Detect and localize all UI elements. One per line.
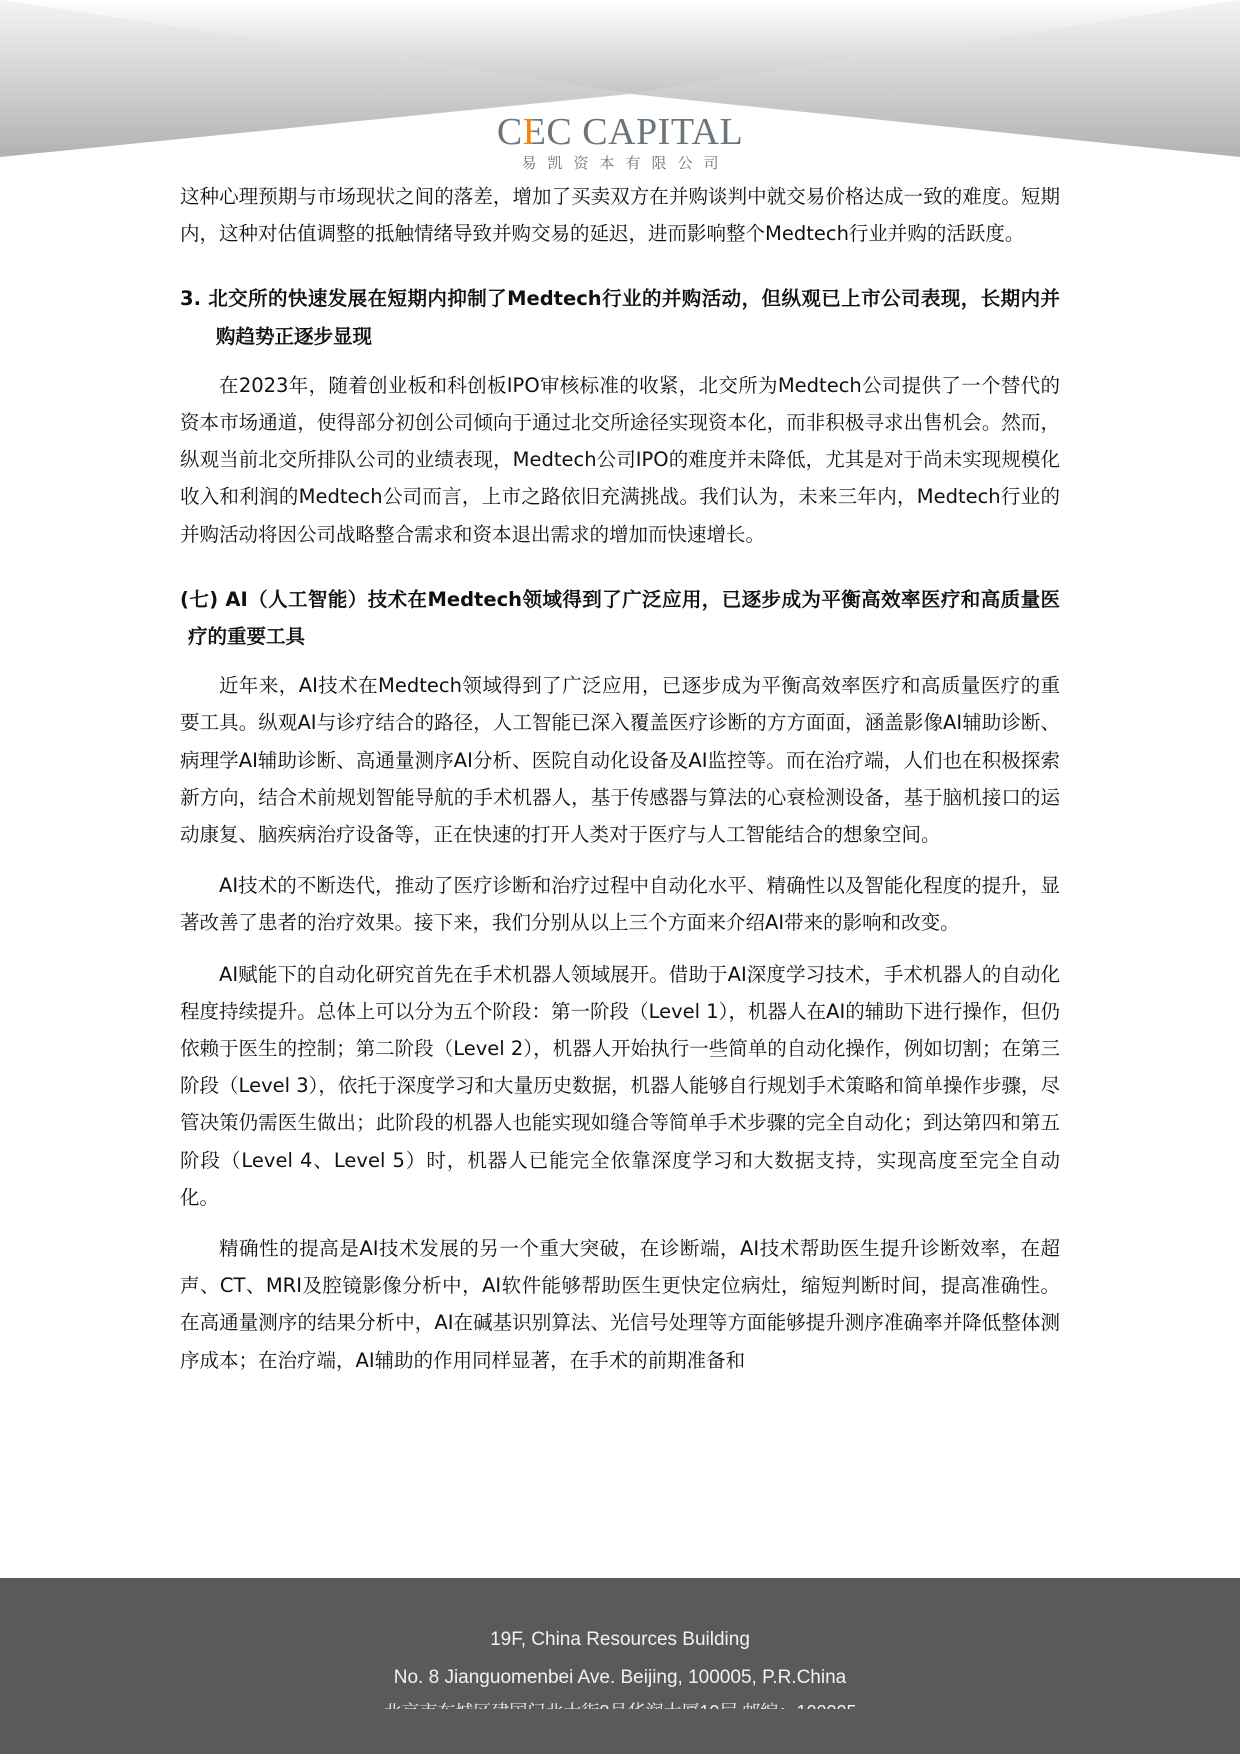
footer-address-line-3-clipped: 北京市东城区建国门北大街8号华润大厦19层 邮编：100005 <box>0 1697 1240 1709</box>
section-heading-7: (七) AI（人工智能）技术在Medtech领域得到了广泛应用，已逐步成为平衡高… <box>180 581 1060 655</box>
paragraph-bse: 在2023年，随着创业板和科创板IPO审核标准的收紧，北交所为Medtech公司… <box>180 367 1060 553</box>
page-footer: 19F, China Resources Building No. 8 Jian… <box>0 1578 1240 1754</box>
company-logo: CEC CAPITAL 易凯资本有限公司 <box>0 112 1240 172</box>
footer-address-line-1: 19F, China Resources Building <box>0 1621 1240 1659</box>
paragraph-ai-intro: 近年来，AI技术在Medtech领域得到了广泛应用，已逐步成为平衡高效率医疗和高… <box>180 667 1060 853</box>
logo-chinese-name: 易凯资本有限公司 <box>0 154 1240 172</box>
paragraph-precision: 精确性的提高是AI技术发展的另一个重大突破，在诊断端，AI技术帮助医生提升诊断效… <box>180 1230 1060 1379</box>
footer-address-line-3: 北京市东城区建国门北大街8号华润大厦19层 邮编：100005 <box>0 1697 1240 1709</box>
logo-accent-letter: E <box>523 111 547 153</box>
paragraph-continued: 这种心理预期与市场现状之间的落差，增加了买卖双方在并购谈判中就交易价格达成一致的… <box>180 178 1060 252</box>
page-header: CEC CAPITAL 易凯资本有限公司 <box>0 0 1240 180</box>
paragraph-ai-iteration: AI技术的不断迭代，推动了医疗诊断和治疗过程中自动化水平、精确性以及智能化程度的… <box>180 867 1060 941</box>
footer-address-line-2: No. 8 Jianguomenbei Ave. Beijing, 100005… <box>0 1659 1240 1697</box>
section-heading-3: 3. 北交所的快速发展在短期内抑制了Medtech行业的并购活动，但纵观已上市公… <box>180 280 1060 354</box>
logo-english-name: CEC CAPITAL <box>497 112 743 152</box>
document-body: 这种心理预期与市场现状之间的落差，增加了买卖双方在并购谈判中就交易价格达成一致的… <box>180 178 1060 1393</box>
paragraph-automation: AI赋能下的自动化研究首先在手术机器人领域展开。借助于AI深度学习技术，手术机器… <box>180 956 1060 1216</box>
